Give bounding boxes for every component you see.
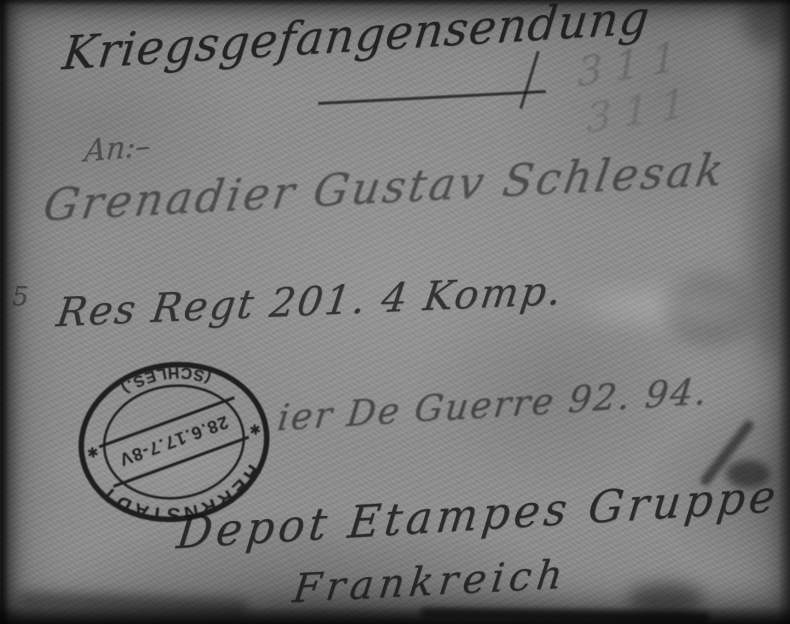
envelope-edge-top <box>0 0 790 6</box>
envelope-edge-left <box>0 0 9 624</box>
unit-line: Res Regt 201. 4 Komp. <box>54 268 566 336</box>
crease-light-band <box>586 292 756 324</box>
postmark-star-left-icon: ✱ <box>248 420 262 437</box>
underline-flourish <box>318 90 546 105</box>
postmark-stamp: HERRNSTADT (SCHLES.) ✱ ✱ 28.6.17.7-8V <box>74 356 274 528</box>
margin-mark: 5 <box>12 282 29 312</box>
country-line: Frankreich <box>290 552 570 613</box>
postmark-date-band: 28.6.17.7-8V <box>99 398 249 487</box>
envelope-edge-right <box>778 0 790 624</box>
pen-flourish <box>519 51 539 109</box>
envelope-photo: Kriegsgefangensendung 311 311 An:– Grena… <box>0 0 790 624</box>
camp-line: ier De Guerre 92. 94. <box>275 372 710 440</box>
salutation-line: An:– <box>83 128 152 169</box>
stain-right-blob <box>726 460 770 488</box>
kriegsgefangensendung-line: Kriegsgefangensendung <box>60 0 653 80</box>
postmark-star-right-icon: ✱ <box>86 443 100 460</box>
envelope-edge-bottom <box>0 606 790 624</box>
